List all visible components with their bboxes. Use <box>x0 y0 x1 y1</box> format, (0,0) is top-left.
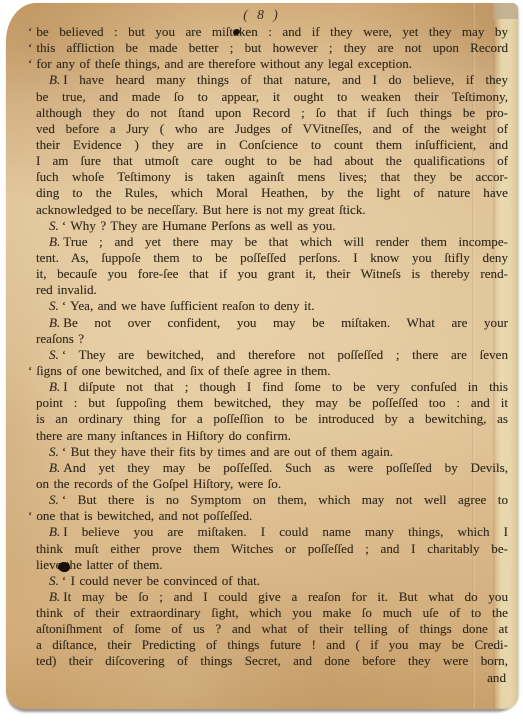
text-line: ‘this affliction be made better ; but ho… <box>28 40 508 56</box>
speaker-label: S. <box>49 298 59 313</box>
text-line: ‘be believed : but you are miſtaken : an… <box>28 24 508 40</box>
speaker-label: S. <box>49 573 59 588</box>
margin-quote-mark: ‘ <box>28 24 32 39</box>
speaker-label: B. <box>49 460 60 475</box>
text-line: although they do not ſtand upon Record ;… <box>28 105 508 121</box>
text-line: B.I diſpute not that ; though I find ſom… <box>28 379 508 395</box>
text-line: S.‘ But there is no Symptom on them, whi… <box>28 492 508 508</box>
margin-quote-mark: ‘ <box>28 508 32 523</box>
text-line: ‘ſigns of one bewitched, and ſix of theſ… <box>28 363 508 379</box>
text-line: S.‘ Why ? They are Humane Perſons as wel… <box>28 218 508 234</box>
scanned-page-view: ( 8 ) ‘be believed : but you are miſtake… <box>0 0 523 722</box>
text-line: B.True ; and yet there may be that which… <box>28 234 508 250</box>
text-line: be true, and made ſo to appear, it ought… <box>28 89 508 105</box>
text-line: aſtoniſhment of ſome of us ? and what of… <box>28 621 508 637</box>
catchword: and <box>28 670 508 686</box>
text-line: ding to the Rules, which Moral Heathen, … <box>28 185 508 201</box>
text-line: tent. As, ſuppoſe them to be poſſeſſed p… <box>28 250 508 266</box>
text-line: ſuch whoſe Teſtimony is taken againſt me… <box>28 169 508 185</box>
margin-quote-mark: ‘ <box>28 56 32 71</box>
text-line: lieve the latter of them. <box>28 557 508 573</box>
text-line: S.‘ Yea, and we have ſufficient reaſon t… <box>28 298 508 314</box>
text-line: ved before a Jury ( who are Judges of VV… <box>28 121 508 137</box>
text-line: acknowledged to be neceſſary. But here i… <box>28 202 508 218</box>
text-line: their Evidence ) they are in Conſcience … <box>28 137 508 153</box>
text-line: on the records of the Goſpel Hiſtory, we… <box>28 476 508 492</box>
text-line: think of their extraordinary ſight, whic… <box>28 605 508 621</box>
speaker-label: S. <box>49 347 59 362</box>
text-line: B.And yet they may be poſſeſſed. Such as… <box>28 460 508 476</box>
text-line: a diſtance, their Predicting of things f… <box>28 637 508 653</box>
speaker-label: S. <box>49 492 59 507</box>
margin-quote-mark: ‘ <box>28 363 32 378</box>
speaker-label: S. <box>49 444 59 459</box>
speaker-label: B. <box>49 72 60 87</box>
text-line: S.‘ I could never be convinced of that. <box>28 573 508 589</box>
text-line: red invalid. <box>28 282 508 298</box>
text-line: B.I believe you are miſtaken. I could na… <box>28 524 508 540</box>
speaker-label: B. <box>49 234 60 249</box>
text-lines: ‘be believed : but you are miſtaken : an… <box>28 24 508 686</box>
text-line: reaſons ? <box>28 331 508 347</box>
text-line: B.I have heard many things of that natur… <box>28 72 508 88</box>
text-line: there are many inſtances in Hiſtory do c… <box>28 428 508 444</box>
speaker-label: B. <box>49 379 60 394</box>
speaker-label: B. <box>49 524 60 539</box>
margin-quote-mark: ‘ <box>28 40 32 55</box>
text-line: S.‘ But they have their fits by times an… <box>28 444 508 460</box>
text-line: ‘one that is bewitched, and not poſſeſſe… <box>28 508 508 524</box>
page-number: ( 8 ) <box>6 7 518 23</box>
book-page-scan: ( 8 ) ‘be believed : but you are miſtake… <box>6 3 518 709</box>
text-line: I am ſure that utmoſt care ought to be h… <box>28 153 508 169</box>
text-line: ‘for any of theſe things, and are theref… <box>28 56 508 72</box>
speaker-label: B. <box>49 589 60 604</box>
text-line: ted) their diſcovering of things Secret,… <box>28 653 508 669</box>
speaker-label: B. <box>49 315 60 330</box>
text-line: is an ordinary thing for a poſſeſſion to… <box>28 411 508 427</box>
text-line: B.Be not over confident, you may be miſt… <box>28 315 508 331</box>
text-line: B.It may be ſo ; and I could give a reaſ… <box>28 589 508 605</box>
text-line: think muſt either prove them Witches or … <box>28 541 508 557</box>
text-line: S.‘ They are bewitched, and therefore no… <box>28 347 508 363</box>
speaker-label: S. <box>49 218 59 233</box>
text-line: point : but ſuppoſing them bewitched, th… <box>28 395 508 411</box>
text-line: it, becauſe you fore-ſee that if you gra… <box>28 266 508 282</box>
